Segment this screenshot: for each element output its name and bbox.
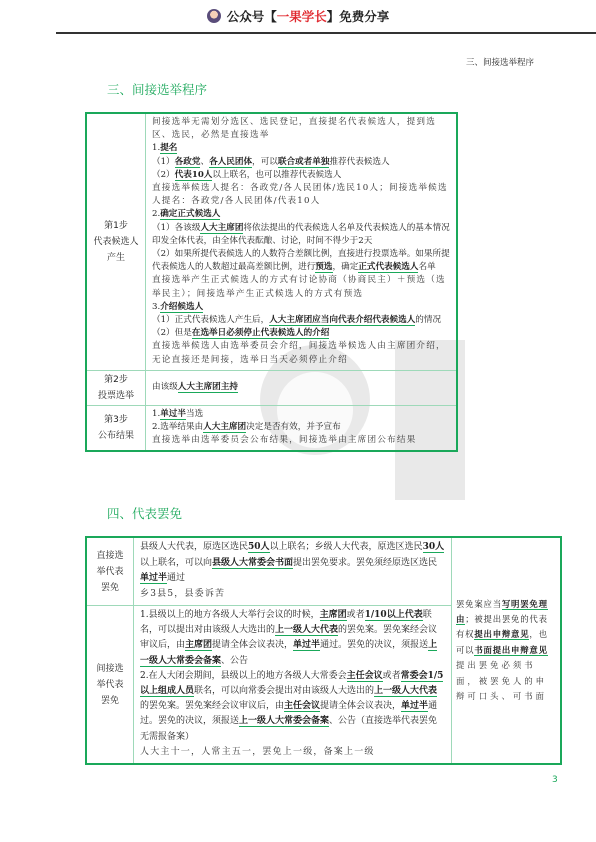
section-title-indirect-election: 三、间接选举程序 — [107, 80, 207, 98]
indirect-recall-label-line: 举代表 — [88, 677, 132, 693]
step2-label-line: 投票选举 — [88, 388, 144, 404]
direct-recall-label: 直接选 举代表 罢免 — [87, 538, 134, 606]
table-row-step2: 第2步 投票选举 由该级人大主席团主持 — [87, 370, 457, 405]
confirm-item-2: （2）如果所提代表候选人的人数符合差额比例，直接进行投票选举。如果所提代表候选人… — [152, 248, 450, 274]
nominate-note: 直接选举候选人提名：各政党/各人民团体/选民10人；间接选举候选人提名：各政党/… — [152, 182, 450, 208]
indirect-recall-item-1: 1.县级以上的地方各级人大举行会议的时候，主席团或者1/10以上代表联名，可以提… — [140, 608, 445, 669]
step2-label-line: 第2步 — [88, 372, 144, 388]
running-title: 三、间接选举程序 — [466, 56, 534, 68]
step1-intro: 间接选举无需划分选区、选民登记，直接提名代表候选人，提到选区、选民，必然是直接选… — [152, 116, 450, 142]
step1-label-line: 第1步 — [88, 218, 144, 234]
direct-recall-content: 县级人大代表，原选区选民50人以上联名；乡级人大代表，原选区选民30人以上联名，… — [134, 538, 452, 606]
indirect-recall-item-2: 2.在人大闭会期间，县级以上的地方各级人大常委会主任会议或者常委会1/5以上组成… — [140, 669, 445, 745]
step3-label-line: 公布结果 — [88, 428, 144, 444]
indirect-recall-note: 人大主十一，人常主五一，罢免上一级，备案上一级 — [140, 745, 445, 760]
confirm-title: 2.确定正式候选人 — [152, 208, 450, 221]
nominate-item-1: （1）各政党、各人民团体，可以联合或者单独推荐代表候选人 — [152, 156, 450, 169]
indirect-recall-label-line: 罢免 — [88, 693, 132, 709]
indirect-recall-label-line: 间接选 — [88, 661, 132, 677]
direct-recall-label-line: 罢免 — [88, 580, 132, 596]
header-prefix: 公众号【 — [227, 7, 277, 25]
step2-label: 第2步 投票选举 — [87, 370, 146, 405]
page-number: 3 — [552, 775, 558, 785]
confirm-note: 直接选举产生正式候选人的方式有讨论协商（协商民主）＋预选（选举民主）；间接选举产… — [152, 274, 450, 300]
avatar-icon — [207, 9, 221, 23]
header-divider — [56, 32, 596, 34]
step1-label-line: 代表候选人 — [88, 234, 144, 250]
step1-content: 间接选举无需划分选区、选民登记，直接提名代表候选人，提到选区、选民，必然是直接选… — [146, 114, 457, 371]
direct-recall-label-line: 举代表 — [88, 564, 132, 580]
header-suffix: 】免费分享 — [327, 7, 390, 25]
page-header: 公众号【一果学长】免费分享 — [0, 0, 596, 32]
step1-label-line: 产生 — [88, 250, 144, 266]
introduce-title: 3.介绍候选人 — [152, 301, 450, 314]
introduce-item-1: （1）正式代表候选人产生后，人大主席团应当向代表介绍代表候选人的情况 — [152, 314, 450, 327]
recall-table: 直接选 举代表 罢免 县级人大代表，原选区选民50人以上联名；乡级人大代表，原选… — [86, 537, 561, 764]
indirect-election-table: 第1步 代表候选人 产生 间接选举无需划分选区、选民登记，直接提名代表候选人，提… — [86, 113, 457, 451]
result-item-2: 2.选举结果由人大主席团决定是否有效，并予宣布 — [152, 421, 450, 434]
section-title-recall: 四、代表罢免 — [107, 504, 182, 522]
side-note-mnemonic: 提出罢免必须书面，被罢免人的申辩可口头、可书面 — [456, 658, 556, 704]
step3-label: 第3步 公布结果 — [87, 405, 146, 451]
indirect-recall-content: 1.县级以上的地方各级人大举行会议的时候，主席团或者1/10以上代表联名，可以提… — [134, 606, 452, 764]
confirm-item-1: （1）各该级人大主席团将依法提出的代表候选人名单及代表候选人的基本情况印发全体代… — [152, 222, 450, 248]
result-note: 直接选举由选举委员会公布结果，间接选举由主席团公布结果 — [152, 434, 450, 447]
step1-label: 第1步 代表候选人 产生 — [87, 114, 146, 371]
recall-side-note: 罢免案应当写明罢免理由；被提出罢免的代表有权提出申辩意见，也可以书面提出申辩意见… — [452, 538, 561, 764]
header-brand: 一果学长 — [277, 7, 327, 25]
nominate-item-2: （2）代表10人以上联名，也可以推荐代表候选人 — [152, 169, 450, 182]
table-row-step3: 第3步 公布结果 1.单过半当选 2.选举结果由人大主席团决定是否有效，并予宣布… — [87, 405, 457, 451]
introduce-note: 直接选举候选人由选举委员会介绍，间接选举候选人由主席团介绍，无论直接还是间接，选… — [152, 340, 450, 366]
indirect-recall-label: 间接选 举代表 罢免 — [87, 606, 134, 764]
introduce-item-2: （2）但是在选举日必须停止代表候选人的介绍 — [152, 327, 450, 340]
step2-content: 由该级人大主席团主持 — [146, 370, 457, 405]
direct-recall-note: 乡3县5，县委诉苦 — [140, 587, 445, 603]
step3-content: 1.单过半当选 2.选举结果由人大主席团决定是否有效，并予宣布 直接选举由选举委… — [146, 405, 457, 451]
step3-label-line: 第3步 — [88, 412, 144, 428]
table-row-step1: 第1步 代表候选人 产生 间接选举无需划分选区、选民登记，直接提名代表候选人，提… — [87, 114, 457, 371]
nominate-title: 1.提名 — [152, 142, 450, 155]
table-row-direct-recall: 直接选 举代表 罢免 县级人大代表，原选区选民50人以上联名；乡级人大代表，原选… — [87, 538, 561, 606]
direct-recall-label-line: 直接选 — [88, 548, 132, 564]
result-item-1: 1.单过半当选 — [152, 408, 450, 421]
